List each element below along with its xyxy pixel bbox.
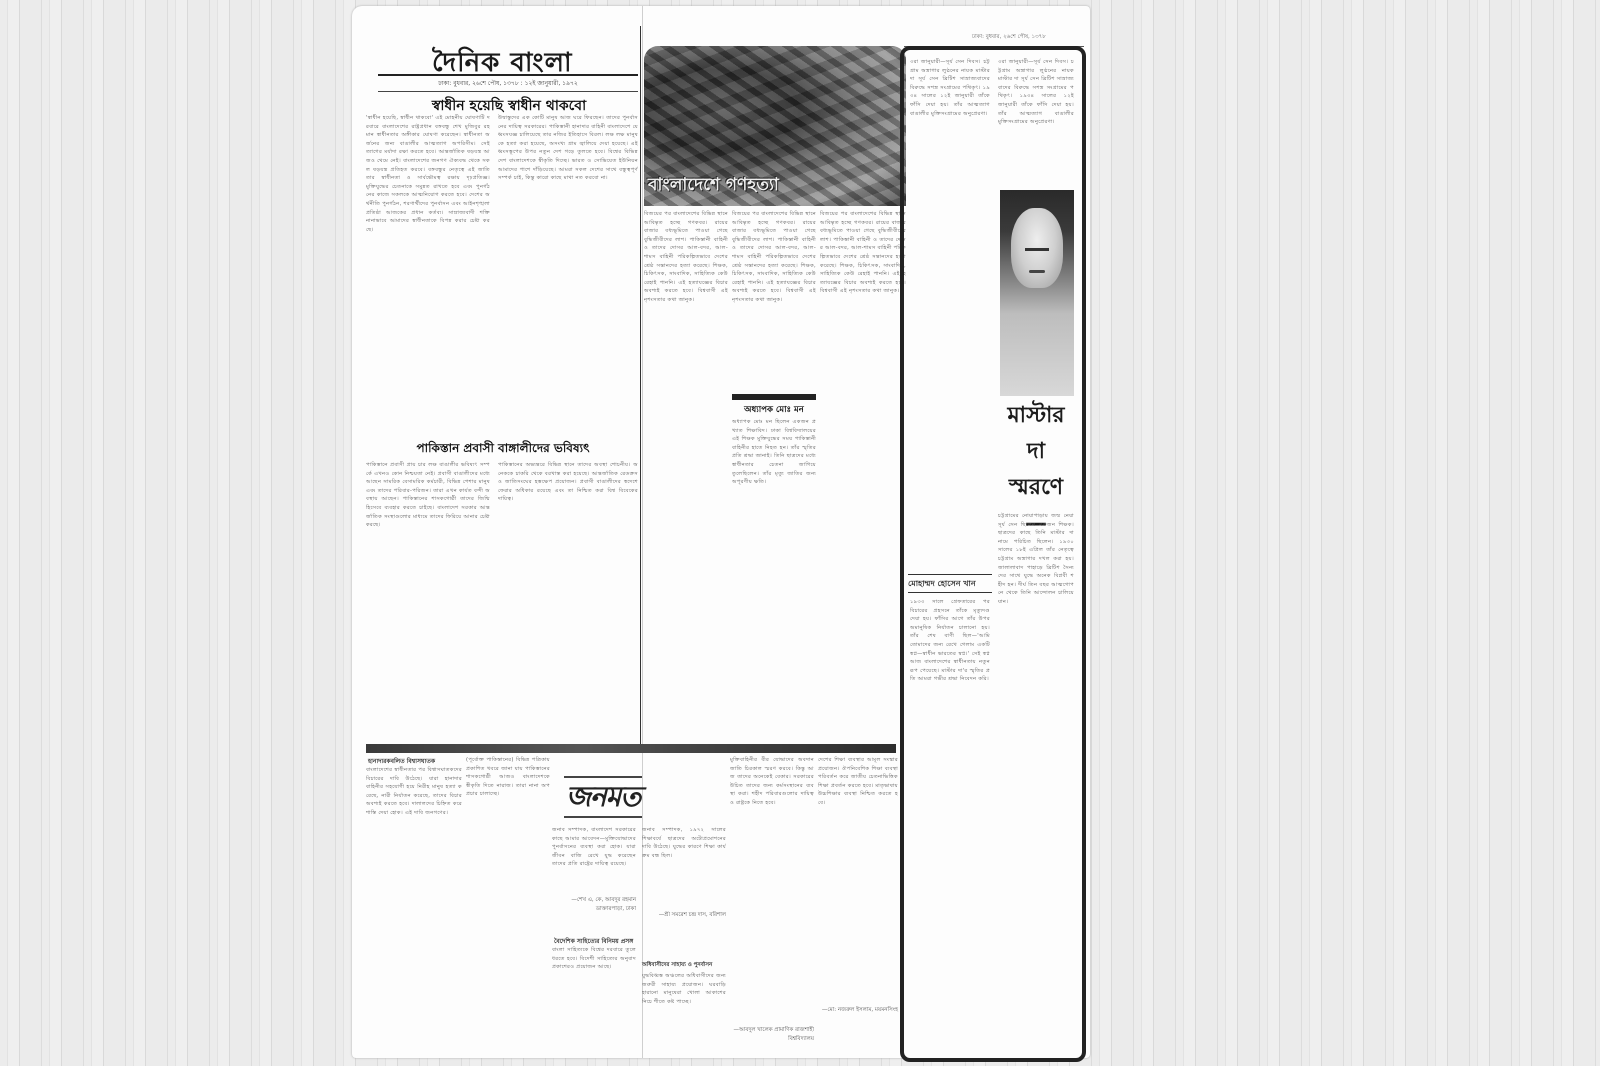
- professor-rule: [732, 394, 816, 400]
- professor-article: অধ্যাপক মোঃ মন ছিলেন একজন প্রখ্যাত শিক্ষ…: [732, 418, 816, 740]
- letter-4: যুদ্ধবিধ্বস্ত অঞ্চলের অধিবাসীদের জন্য জর…: [642, 972, 726, 1052]
- letter-3-signature: —শ্রী সমরেশ চন্দ্র দাস, বরিশাল: [642, 911, 726, 920]
- opinion-far-right-col: দেশের শিক্ষা ব্যবস্থার আমূল সংস্কার প্রয…: [818, 756, 898, 1006]
- opinion-left-col2: (পূর্বোক্ত পাকিস্তানের) বিভিন্ন পত্রিকায…: [466, 756, 550, 1052]
- master-da-top-col1: ৩রা জানুয়ারী—সূর্য সেন দিবস। চট্টগ্রাম …: [910, 58, 990, 558]
- master-da-body: চট্টগ্রামের নোয়াপাড়ায় জন্ম নেয়া সূর্…: [998, 512, 1074, 1042]
- opinion-right-signature: —আবদুল খালেক প্রামাণিক রাজশাহী বিশ্ববিদ্…: [730, 1026, 814, 1044]
- title-line-1: মাস্টার: [998, 398, 1074, 434]
- photo-story-col1: বিজয়ের পর বাংলাদেশের বিভিন্ন স্থানে আবি…: [644, 210, 728, 740]
- section-divider-band: [366, 744, 896, 753]
- page-header-right: ঢাকা: বুধবার, ২৬শে পৌষ, ১৩৭৮: [972, 34, 1046, 42]
- portrait-detail: [1029, 270, 1045, 273]
- letter-2: বাংলা সাহিত্যকে বিশ্বের দরবারে তুলে ধরতে…: [552, 946, 636, 1052]
- photo-story-col2: বিজয়ের পর বাংলাদেশের বিভিন্ন স্থানে আবি…: [732, 210, 816, 390]
- professor-headline: অধ্যাপক মোঃ মন: [732, 403, 816, 417]
- newspaper-page: দৈনিক বাংলা ঢাকা: বুধবার, ২৬শে পৌষ, ১৩৭৮…: [352, 6, 1090, 1058]
- master-da-top-col2: ৩রা জানুয়ারী—সূর্য সেন দিবস। চট্টগ্রাম …: [998, 58, 1074, 188]
- photo-story-col3: বিজয়ের পর বাংলাদেশের বিভিন্ন স্থানে আবি…: [820, 210, 906, 740]
- dateline: ঢাকা: বুধবার, ২৬শে পৌষ, ১৩৭৮ : ১২ই জানুয…: [378, 74, 638, 92]
- byline: মোহাম্মদ হোসেন খান: [908, 578, 976, 591]
- column-divider: [640, 26, 641, 744]
- pakistan-expat-col2: পাকিস্তানের অভ্যন্তরে বিভিন্ন স্থানে তাদ…: [498, 461, 638, 731]
- byline-rule-bottom: [908, 592, 992, 593]
- opinion-far-right-signature: —মো: নজরুল ইসলাম, ময়মনসিংহ: [800, 1006, 898, 1015]
- portrait-detail: [1025, 248, 1049, 251]
- genocide-photo: বাংলাদেশে গণহত্যা: [644, 46, 906, 206]
- janamat-logo: জনমত: [564, 776, 642, 818]
- letter-1: জনাব সম্পাদক, বাংলাদেশ সরকারের কাছে আমার…: [552, 826, 636, 896]
- lead-article-col2: উদ্বাস্তুদের এক কোটি মানুষ আজ ঘরে ফিরছেন…: [498, 114, 638, 424]
- master-da-portrait: [1000, 190, 1074, 396]
- opinion-left-col: বাংলাদেশের স্বাধীনতার পর বিশ্বাসঘাতকদের …: [366, 766, 462, 1051]
- title-line-2: দা: [998, 434, 1074, 470]
- page-fold-line: [642, 6, 643, 1058]
- letter-3: জনাব সম্পাদক, ১৯৭২ সালের শিক্ষাবর্ষে ছাত…: [642, 826, 726, 896]
- letter-1-signature: —শেখ এ, কে, আবদুর রহমান ডাক্তারপাড়া, ঢা…: [552, 896, 636, 914]
- byline-rule-top: [908, 574, 992, 575]
- lead-article-col1: 'স্বাধীন হয়েছি, স্বাধীন থাকবো' এই মোহনী…: [366, 114, 490, 426]
- pakistan-expat-col1: পাকিস্তানে প্রবাসী প্রায় চার লক্ষ বাঙাল…: [366, 461, 490, 731]
- master-da-lower: ১৯৩৩ সালে গ্রেফতারের পর বিচারের প্রহসনে …: [910, 598, 990, 1043]
- photo-caption: বাংলাদেশে গণহত্যা: [648, 172, 779, 200]
- letter-4-title: অধিবাসীদের সাহায্য ও পুনর্বাসন: [642, 962, 712, 970]
- pakistan-expat-headline: পাকিস্তান প্রবাসী বাঙ্গালীদের ভবিষ্যৎ: [368, 440, 638, 460]
